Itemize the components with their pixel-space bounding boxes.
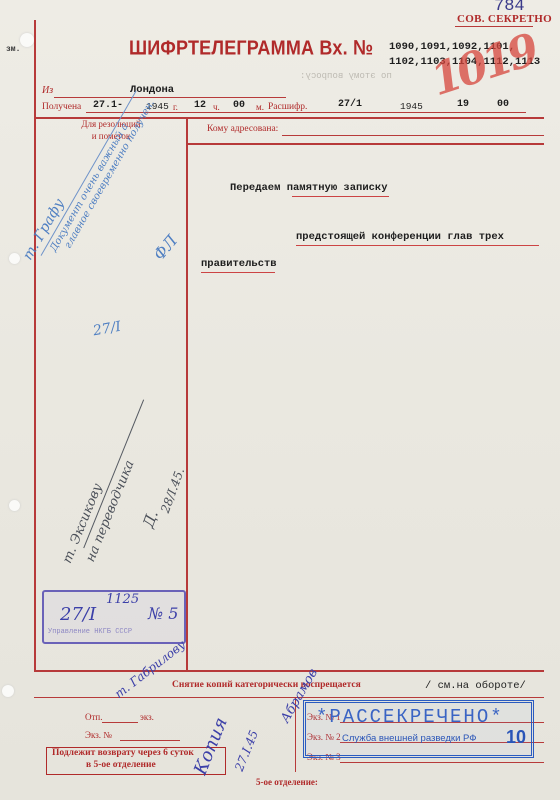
- declassified-title: *РАССЕКРЕЧЕНО*: [316, 706, 504, 728]
- decrypted-hour: 19: [457, 99, 469, 110]
- return-notice-line2: в 5-ое отделение: [86, 760, 156, 770]
- received-minute: 00: [233, 100, 245, 111]
- faded-text: по этому вопросу:: [300, 71, 392, 81]
- note1-slash: [41, 91, 137, 256]
- addressee-underline: [282, 135, 544, 136]
- punch-hole: [2, 685, 14, 697]
- document-title: ШИФРТЕЛЕГРАММА Вх. №: [129, 36, 373, 60]
- note2-signature: Д.: [139, 508, 162, 530]
- note1-signature: ФЛ: [149, 231, 181, 264]
- body-underline: [201, 272, 275, 273]
- registration-stamp: 27/I 1125 № 5 Управление НКГБ СССР: [42, 590, 186, 644]
- registration-number: 1125: [106, 592, 139, 607]
- note2-date: 28/I.45.: [158, 466, 187, 515]
- resolution-note-2: т. Эксикову на переводчика: [60, 365, 172, 573]
- department-label: 5-ое отделение:: [256, 777, 318, 787]
- decrypted-year: 1945: [400, 101, 423, 112]
- punch-hole: [20, 33, 34, 47]
- body-underline: [296, 245, 539, 246]
- footer-top-divider: [34, 670, 544, 672]
- addressee-divider: [188, 143, 544, 145]
- ekz-no-underline: [120, 740, 180, 741]
- body-underline: [292, 196, 389, 197]
- registration-org: Управление НКГБ СССР: [48, 628, 132, 636]
- decrypted-label: Расшифр.: [268, 102, 307, 112]
- copy-warning: Снятие копий категорически воспрещается: [172, 680, 361, 690]
- punch-hole: [9, 253, 20, 264]
- received-hour: 12: [194, 100, 206, 111]
- decrypted-date: 27/1: [338, 99, 362, 110]
- declassified-number: 10: [506, 727, 526, 748]
- received-year-suffix: г.: [173, 102, 178, 112]
- declassified-service: Служба внешней разведки РФ: [342, 733, 476, 744]
- received-label: Получена: [42, 102, 81, 112]
- decrypted-minute: 00: [497, 99, 509, 110]
- return-notice-line1: Подлежит возврату через 6 суток: [52, 748, 194, 758]
- note2-slash: [83, 399, 144, 548]
- classification-label: СОВ. СЕКРЕТНО: [457, 13, 552, 25]
- punch-hole: [9, 500, 20, 511]
- red-handwritten-number: 1019: [425, 25, 542, 106]
- declassified-stamp: *РАССЕКРЕЧЕНО* Служба внешней разведки Р…: [303, 700, 534, 758]
- received-minute-suffix: м.: [256, 102, 264, 112]
- body-line-2: предстоящей конференции глав трех: [296, 231, 504, 243]
- note1-date: 27/I: [92, 319, 122, 340]
- addressee-label: Кому адресована:: [207, 124, 278, 134]
- footer-handwriting-3: 27.I.45: [232, 728, 261, 773]
- from-label: Из: [42, 85, 53, 96]
- otp-label: Отп.: [85, 712, 103, 722]
- registration-copy: № 5: [148, 604, 178, 623]
- body-line-1: Передаем памятную записку: [230, 182, 388, 194]
- telegram-page: 784 СОВ. СЕКРЕТНО зм. ШИФРТЕЛЕГРАММА Вх.…: [0, 0, 560, 800]
- received-hour-suffix: ч.: [213, 102, 220, 112]
- body-line-3: правительств: [201, 258, 277, 270]
- ekz3-underline: [340, 762, 544, 763]
- margin-label: зм.: [6, 45, 20, 54]
- otp-underline: [102, 722, 138, 723]
- resolution-column-divider: [186, 118, 188, 670]
- registration-date: 27/I: [60, 604, 96, 625]
- otp-ekz-label: экз.: [140, 712, 154, 722]
- from-underline: [54, 97, 286, 98]
- see-reverse-note: / см.на обороте/: [425, 680, 526, 692]
- ekz-no-label: Экз. №: [85, 730, 112, 740]
